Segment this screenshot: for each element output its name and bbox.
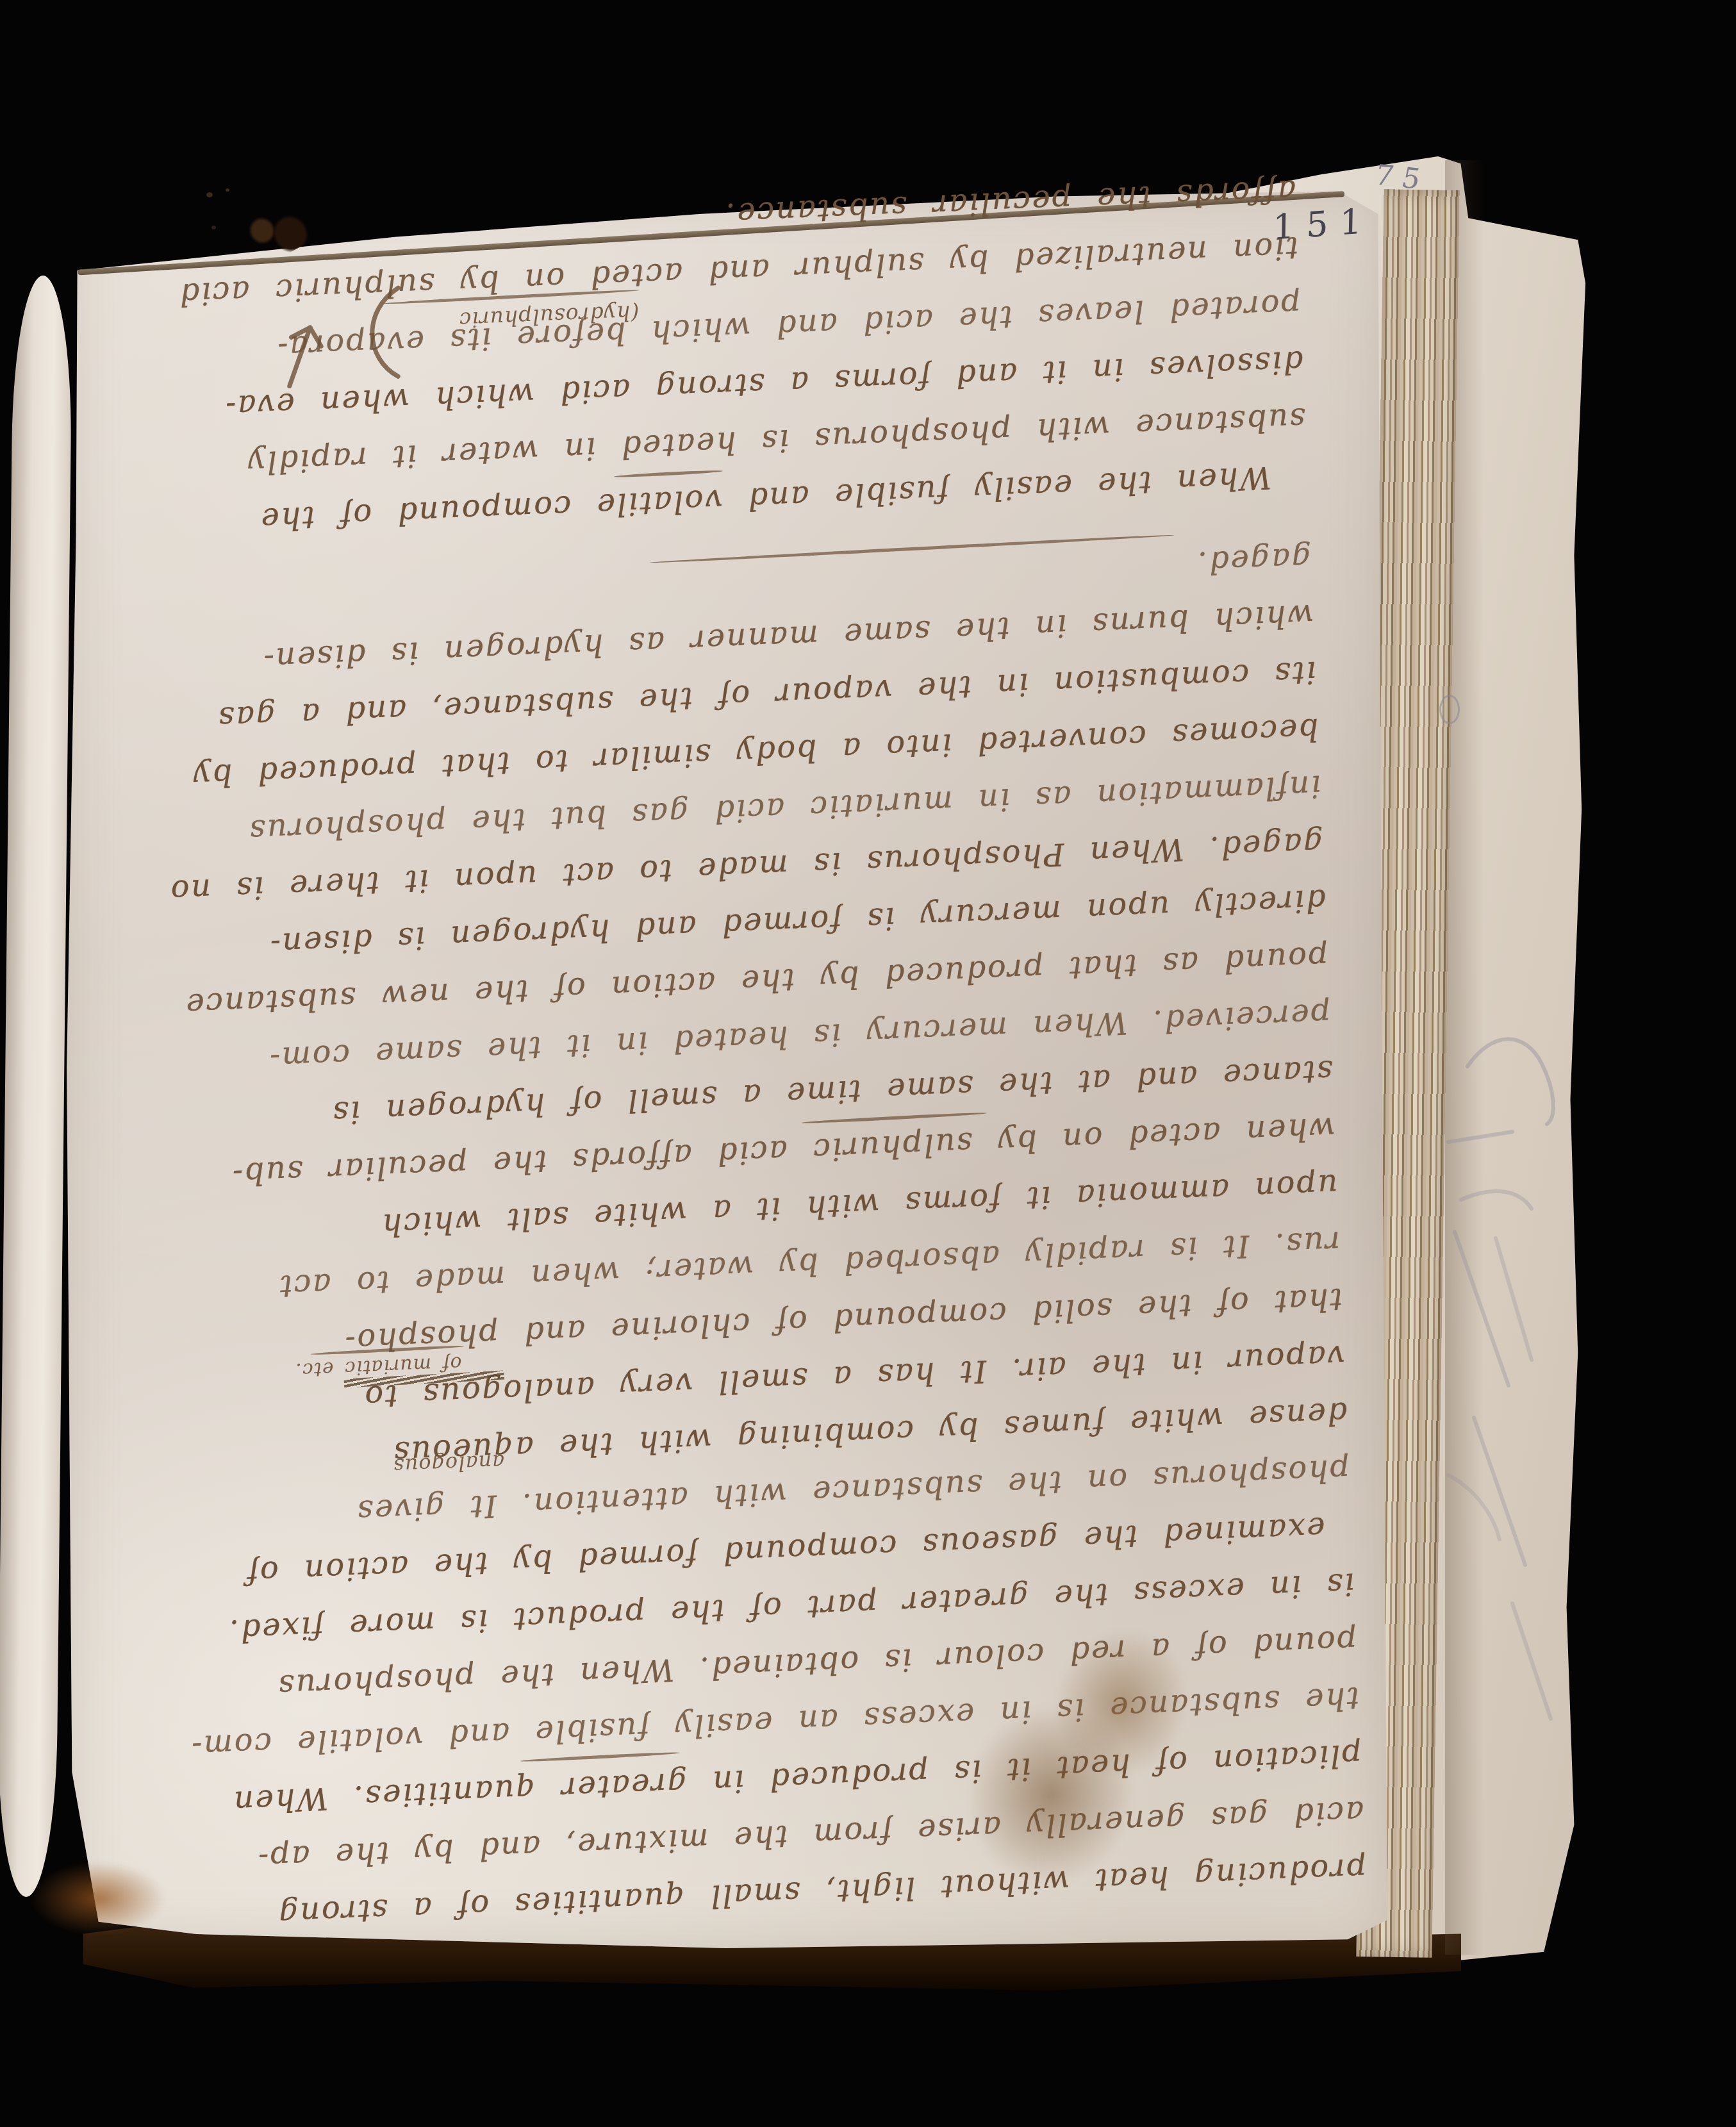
corner-pencil-number: 75 (1372, 159, 1432, 197)
pencil-zero-mark (1439, 695, 1460, 724)
ink-speck (211, 226, 216, 229)
manuscript-photo: 75 151 producing heat without light, sma… (0, 0, 1736, 2127)
ink-speck (226, 188, 229, 192)
ink-speck (206, 192, 213, 197)
folio-number: 151 (1273, 200, 1374, 247)
pencil-scribble-icon (1434, 1025, 1588, 1769)
interlinear-insertion: analogous (393, 1450, 505, 1478)
